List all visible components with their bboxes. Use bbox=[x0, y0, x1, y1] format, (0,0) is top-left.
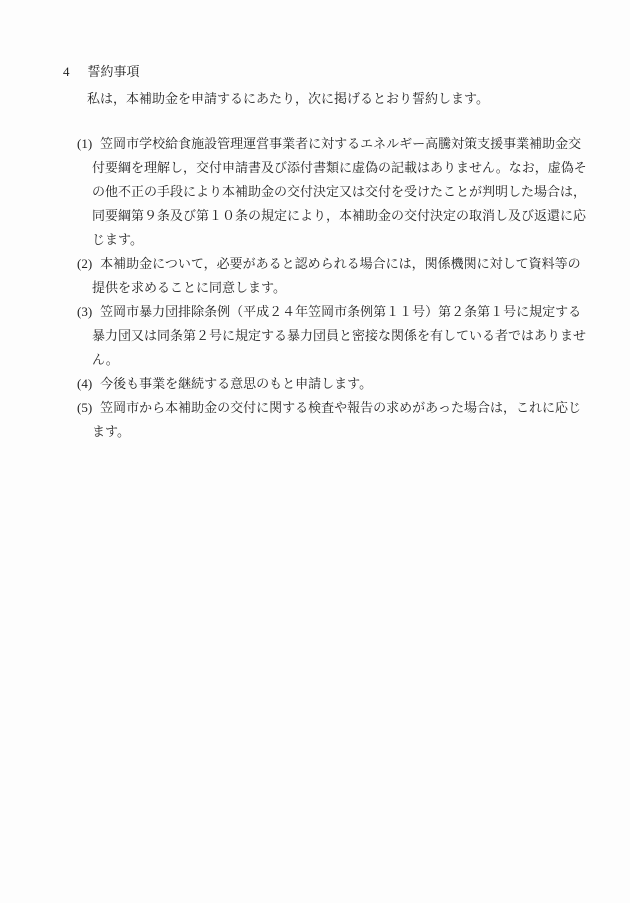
item-line: ん。 bbox=[92, 348, 630, 372]
item-text: 笠岡市学校給食施設管理運営事業者に対するエネルギー高騰対策支援事業補助金交 bbox=[100, 136, 581, 151]
pledge-item-2: (2)本補助金について，必要があると認められる場合には，関係機関に対して資料等の… bbox=[0, 252, 630, 300]
item-line: 付要綱を理解し，交付申請書及び添付書類に虚偽の記載はありません。なお，虚偽そ bbox=[92, 156, 630, 180]
item-number: (2) bbox=[77, 252, 92, 276]
item-text: 本補助金について，必要があると認められる場合には，関係機関に対して資料等の bbox=[100, 256, 580, 271]
section-title: 誓約事項 bbox=[88, 64, 140, 79]
item-line: (1)笠岡市学校給食施設管理運営事業者に対するエネルギー高騰対策支援事業補助金交 bbox=[77, 132, 630, 156]
intro-sentence: 私は，本補助金を申請するにあたり，次に掲げるとおり誓約します。 bbox=[87, 85, 630, 112]
section-heading: 4誓約事項 bbox=[63, 58, 630, 85]
item-line: (3)笠岡市暴力団排除条例（平成２４年笠岡市条例第１１号）第２条第１号に規定する bbox=[77, 300, 630, 324]
item-line: (2)本補助金について，必要があると認められる場合には，関係機関に対して資料等の bbox=[77, 252, 630, 276]
document-page: 4誓約事項 私は，本補助金を申請するにあたり，次に掲げるとおり誓約します。 (1… bbox=[0, 0, 630, 903]
item-line: (4)今後も事業を継続する意思のもと申請します。 bbox=[77, 372, 630, 396]
item-line: 暴力団又は同条第２号に規定する暴力団員と密接な関係を有している者ではありませ bbox=[92, 324, 630, 348]
item-number: (1) bbox=[77, 132, 92, 156]
item-text: 笠岡市暴力団排除条例（平成２４年笠岡市条例第１１号）第２条第１号に規定する bbox=[100, 304, 581, 319]
item-number: (4) bbox=[77, 372, 92, 396]
item-line: ます。 bbox=[92, 420, 630, 444]
section-number: 4 bbox=[63, 64, 70, 79]
item-text: 今後も事業を継続する意思のもと申請します。 bbox=[100, 376, 372, 391]
pledge-item-5: (5)笠岡市から本補助金の交付に関する検査や報告の求めがあった場合は，これに応じ… bbox=[0, 396, 630, 444]
pledge-item-1: (1)笠岡市学校給食施設管理運営事業者に対するエネルギー高騰対策支援事業補助金交… bbox=[0, 132, 630, 252]
item-line: 同要綱第９条及び第１０条の規定により，本補助金の交付決定の取消し及び返還に応 bbox=[92, 204, 630, 228]
item-line: の他不正の手段により本補助金の交付決定又は交付を受けたことが判明した場合は， bbox=[92, 180, 630, 204]
item-line: 提供を求めることに同意します。 bbox=[92, 276, 630, 300]
pledge-item-4: (4)今後も事業を継続する意思のもと申請します。 bbox=[0, 372, 630, 396]
pledge-item-3: (3)笠岡市暴力団排除条例（平成２４年笠岡市条例第１１号）第２条第１号に規定する… bbox=[0, 300, 630, 372]
item-line: じます。 bbox=[92, 228, 630, 252]
item-text: 笠岡市から本補助金の交付に関する検査や報告の求めがあった場合は，これに応じ bbox=[100, 400, 581, 415]
item-number: (5) bbox=[77, 396, 92, 420]
item-number: (3) bbox=[77, 300, 92, 324]
pledge-list: (1)笠岡市学校給食施設管理運営事業者に対するエネルギー高騰対策支援事業補助金交… bbox=[0, 132, 630, 444]
item-line: (5)笠岡市から本補助金の交付に関する検査や報告の求めがあった場合は，これに応じ bbox=[77, 396, 630, 420]
